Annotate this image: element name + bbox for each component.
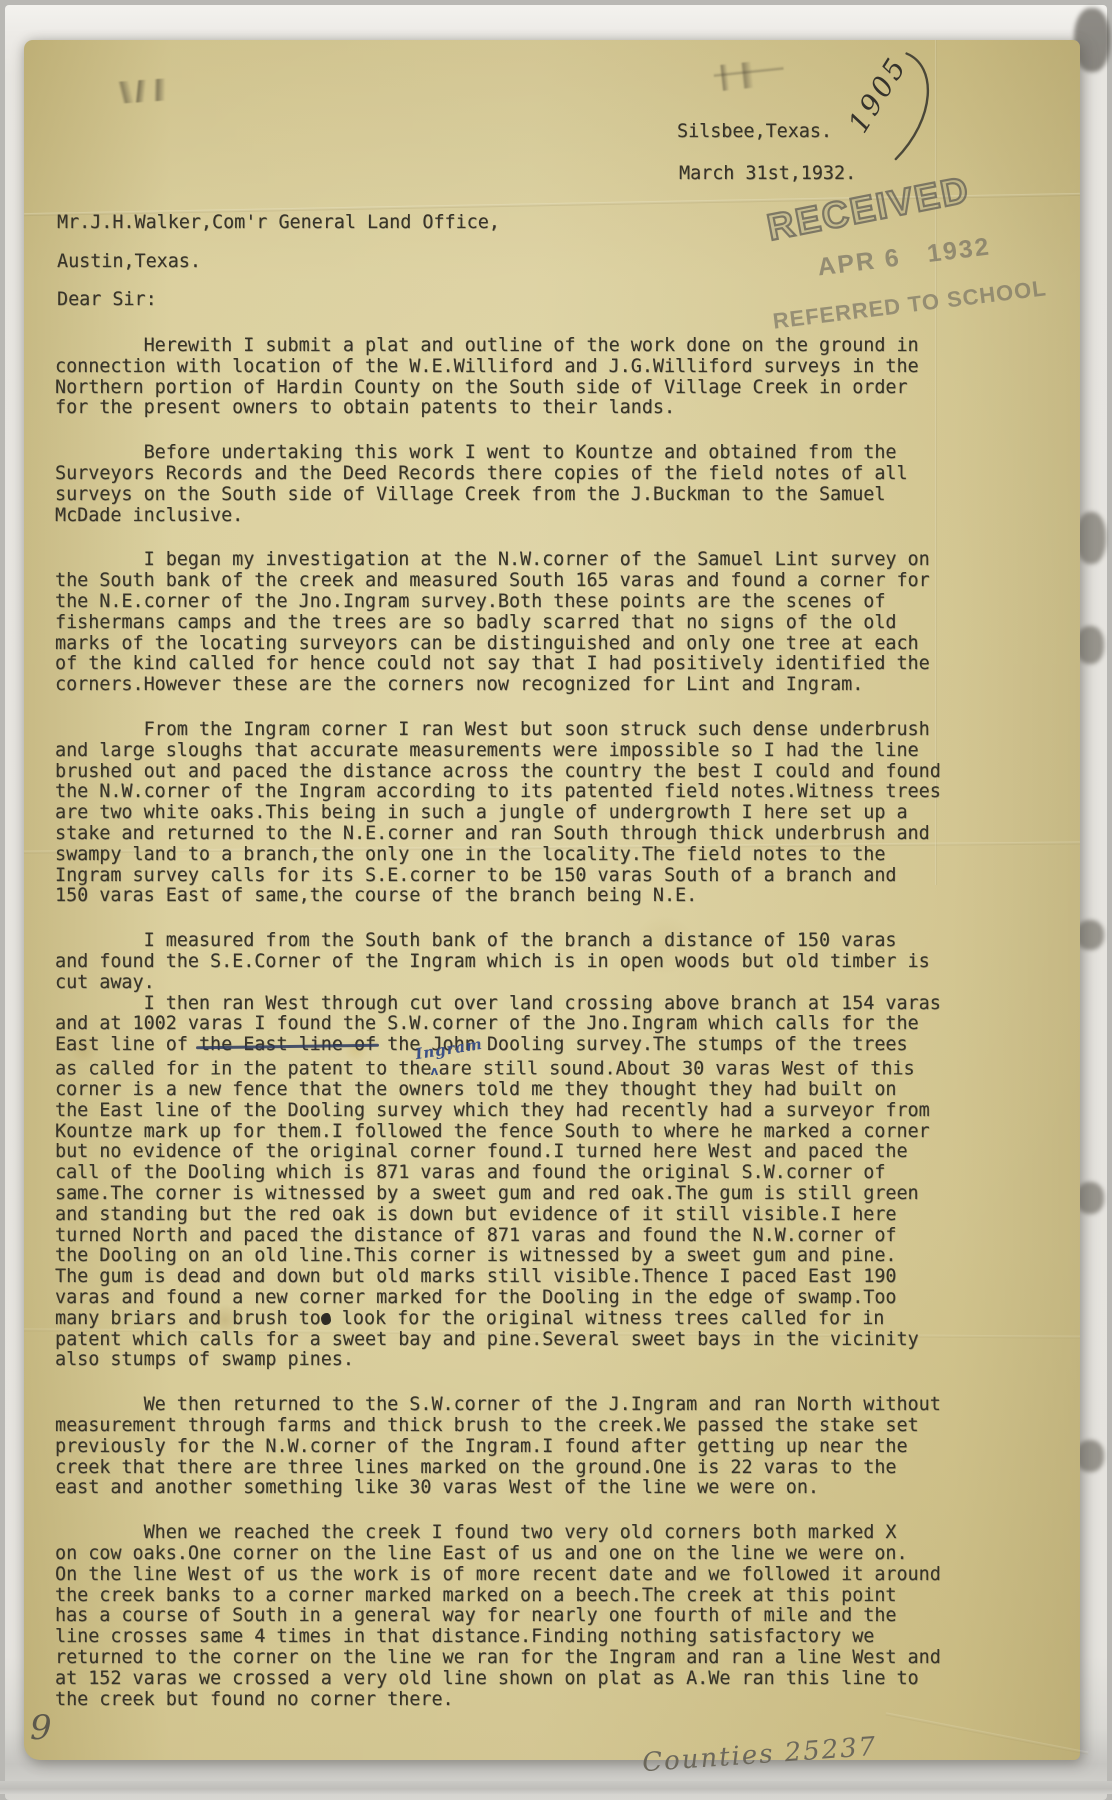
typed-line: fishermans camps and the trees are so ba… bbox=[55, 613, 1065, 634]
paragraph: I began my investigation at the N.W.corn… bbox=[55, 550, 1065, 696]
typed-line: of the kind called for hence could not s… bbox=[55, 654, 1065, 675]
typed-line: Kountze mark up for them.I followed the … bbox=[55, 1122, 1065, 1143]
typed-line: same.The corner is witnessed by a sweet … bbox=[55, 1184, 1065, 1205]
typed-line: line crosses same 4 times in that distan… bbox=[55, 1627, 1065, 1648]
typed-line: varas and found a new corner marked for … bbox=[55, 1288, 1065, 1309]
typed-line: cut away. bbox=[55, 973, 1065, 994]
typed-line: marks of the locating surveyors can be d… bbox=[55, 634, 1065, 655]
letter-date-line: March 31st,1932. bbox=[679, 164, 856, 185]
typed-line: Herewith I submit a plat and outline of … bbox=[55, 336, 1065, 357]
typed-line: but no evidence of the original corner f… bbox=[55, 1142, 1065, 1163]
typed-line: creek that there are three lines marked … bbox=[55, 1458, 1065, 1479]
typed-line: the creek banks to a corner marked marke… bbox=[55, 1586, 1065, 1607]
recipient-name-line: Mr.J.H.Walker,Com'r General Land Office, bbox=[57, 213, 500, 234]
typed-line: patent which calls for a sweet bay and p… bbox=[55, 1330, 1065, 1351]
typed-line: connection with location of the W.E.Will… bbox=[55, 357, 1065, 378]
typed-line: I measured from the South bank of the br… bbox=[55, 931, 1065, 952]
typed-line: east and another something like 30 varas… bbox=[55, 1478, 1065, 1499]
typed-line: the Dooling on an old line.This corner i… bbox=[55, 1246, 1065, 1267]
typed-line: the East line of the Dooling survey whic… bbox=[55, 1101, 1065, 1122]
typed-line: Ingram survey calls for its S.E.corner t… bbox=[55, 866, 1065, 887]
typed-line: stake and returned to the N.E.corner and… bbox=[55, 824, 1065, 845]
paragraph: From the Ingram corner I ran West but so… bbox=[55, 720, 1065, 907]
sleeve-shadow-mark bbox=[1076, 626, 1104, 664]
typed-line: the N.W.corner of the Ingram according t… bbox=[55, 782, 1065, 803]
salutation: Dear Sir: bbox=[57, 290, 157, 311]
typed-line: the South bank of the creek and measured… bbox=[55, 571, 1065, 592]
paragraph: We then returned to the S.W.corner of th… bbox=[55, 1395, 1065, 1499]
typed-line: for the present owners to obtain patents… bbox=[55, 398, 1065, 419]
paragraph: Before undertaking this work I went to K… bbox=[55, 443, 1065, 526]
typed-line: and standing but the red oak is down but… bbox=[55, 1205, 1065, 1226]
typed-line: I began my investigation at the N.W.corn… bbox=[55, 550, 1065, 571]
typed-line: brushed out and paced the distance acros… bbox=[55, 762, 1065, 783]
paragraph: I measured from the South bank of the br… bbox=[55, 931, 1065, 1371]
letter-page: Silsbee,Texas. March 31st,1932. Mr.J.H.W… bbox=[24, 40, 1080, 1760]
received-date-stamp: APR 6 1932 bbox=[816, 232, 992, 282]
ink-caret-insertion: Ingramʌ bbox=[431, 1056, 438, 1074]
typed-line: at 152 varas we crossed a very old line … bbox=[55, 1669, 1065, 1690]
typed-line: call of the Dooling which is 871 varas a… bbox=[55, 1163, 1065, 1184]
sleeve-shadow-mark bbox=[1076, 1440, 1104, 1472]
typed-line: also stumps of swamp pines. bbox=[55, 1350, 1065, 1371]
typed-line: McDade inclusive. bbox=[55, 506, 1065, 527]
ink-flourish-stroke bbox=[863, 44, 949, 173]
typed-line: I then ran West through cut over land cr… bbox=[55, 994, 1065, 1015]
typed-line: East line of the East line of the John D… bbox=[55, 1035, 1065, 1056]
typed-line: and at 1002 varas I found the S.W.corner… bbox=[55, 1014, 1065, 1035]
faint-offset-marks bbox=[713, 58, 785, 91]
typed-line: are two white oaks.This being in such a … bbox=[55, 803, 1065, 824]
typed-line: as called for in the patent to theIngram… bbox=[55, 1056, 1065, 1080]
referred-to-school-stamp: REFERRED TO SCHOOL bbox=[771, 275, 1048, 334]
handwritten-bottom-left-mark: 9 bbox=[30, 1708, 52, 1748]
ink-strikethrough: the East line of bbox=[199, 1034, 376, 1055]
typed-line: The gum is dead and down but old marks s… bbox=[55, 1267, 1065, 1288]
typed-line: From the Ingram corner I ran West but so… bbox=[55, 720, 1065, 741]
typed-line: 150 varas East of same,the course of the… bbox=[55, 886, 1065, 907]
typed-line: We then returned to the S.W.corner of th… bbox=[55, 1395, 1065, 1416]
typed-line: has a course of South in a general way f… bbox=[55, 1606, 1065, 1627]
typed-line: Before undertaking this work I went to K… bbox=[55, 443, 1065, 464]
typed-line: swampy land to a branch,the only one in … bbox=[55, 845, 1065, 866]
sleeve-bottom-edge bbox=[0, 1781, 1112, 1794]
typed-line: On the line West of us the work is of mo… bbox=[55, 1565, 1065, 1586]
typed-line: turned North and paced the distance of 8… bbox=[55, 1226, 1065, 1247]
typed-line: measurement through farms and thick brus… bbox=[55, 1416, 1065, 1437]
recipient-city-line: Austin,Texas. bbox=[57, 252, 201, 273]
typed-line: corners.However these are the corners no… bbox=[55, 675, 1065, 696]
typed-line: the creek but found no corner there. bbox=[55, 1690, 1065, 1711]
typed-line: When we reached the creek I found two ve… bbox=[55, 1523, 1065, 1544]
typed-line: Surveyors Records and the Deed Records t… bbox=[55, 464, 1065, 485]
pencil-smudge bbox=[87, 76, 198, 106]
caret-icon: ʌ bbox=[430, 1064, 438, 1078]
sleeve-shadow-mark bbox=[1076, 1182, 1104, 1214]
paragraph: When we reached the creek I found two ve… bbox=[55, 1523, 1065, 1710]
typed-line: returned to the corner on the line we ra… bbox=[55, 1648, 1065, 1669]
ink-blot bbox=[321, 1313, 331, 1325]
typed-line: corner is a new fence that the owners to… bbox=[55, 1080, 1065, 1101]
typed-line: Northern portion of Hardin County on the… bbox=[55, 378, 1065, 399]
typed-line: previously for the N.W.corner of the Ing… bbox=[55, 1437, 1065, 1458]
paragraph: Herewith I submit a plat and outline of … bbox=[55, 336, 1065, 419]
letter-place-line: Silsbee,Texas. bbox=[677, 122, 832, 143]
sleeve-shadow-mark bbox=[1076, 920, 1104, 950]
typed-line: the N.E.corner of the Jno.Ingram survey.… bbox=[55, 592, 1065, 613]
typed-line: and large sloughs that accurate measurem… bbox=[55, 741, 1065, 762]
typed-line: many briars and brush to look for the or… bbox=[55, 1309, 1065, 1330]
sleeve-shadow-mark bbox=[1076, 512, 1106, 564]
typed-line: on cow oaks.One corner on the line East … bbox=[55, 1544, 1065, 1565]
typed-line: surveys on the South side of Village Cre… bbox=[55, 485, 1065, 506]
typed-line: and found the S.E.Corner of the Ingram w… bbox=[55, 952, 1065, 973]
letter-body: Herewith I submit a plat and outline of … bbox=[55, 336, 1065, 1734]
